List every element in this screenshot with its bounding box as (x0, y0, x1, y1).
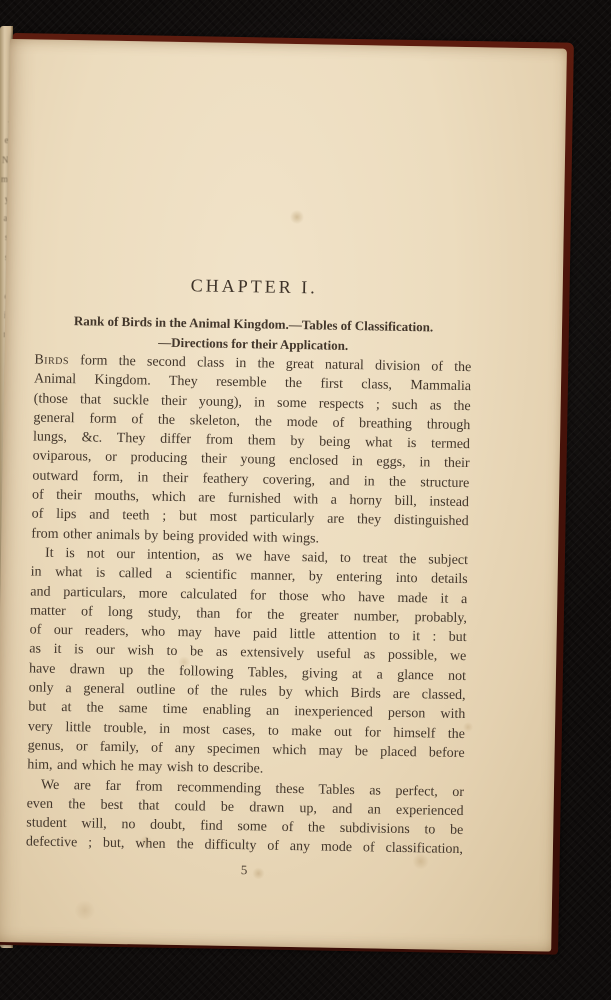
paragraph-1: Birds form the second class in the great… (31, 350, 471, 551)
body-text: Birds form the second class in the great… (26, 350, 472, 859)
book-page: CHAPTER I. Rank of Birds in the Animal K… (0, 39, 567, 952)
paragraph-3: We are far from recommending these Table… (26, 775, 464, 860)
paragraph-2: It is not our intention, as we have said… (27, 543, 468, 782)
chapter-heading: CHAPTER I. (36, 272, 473, 301)
page-number: 5 (25, 858, 462, 882)
lead-word-smallcaps: Birds (34, 352, 69, 368)
book-photo: - et Ni m- y, as st st n el in nr d e e … (0, 0, 611, 1000)
